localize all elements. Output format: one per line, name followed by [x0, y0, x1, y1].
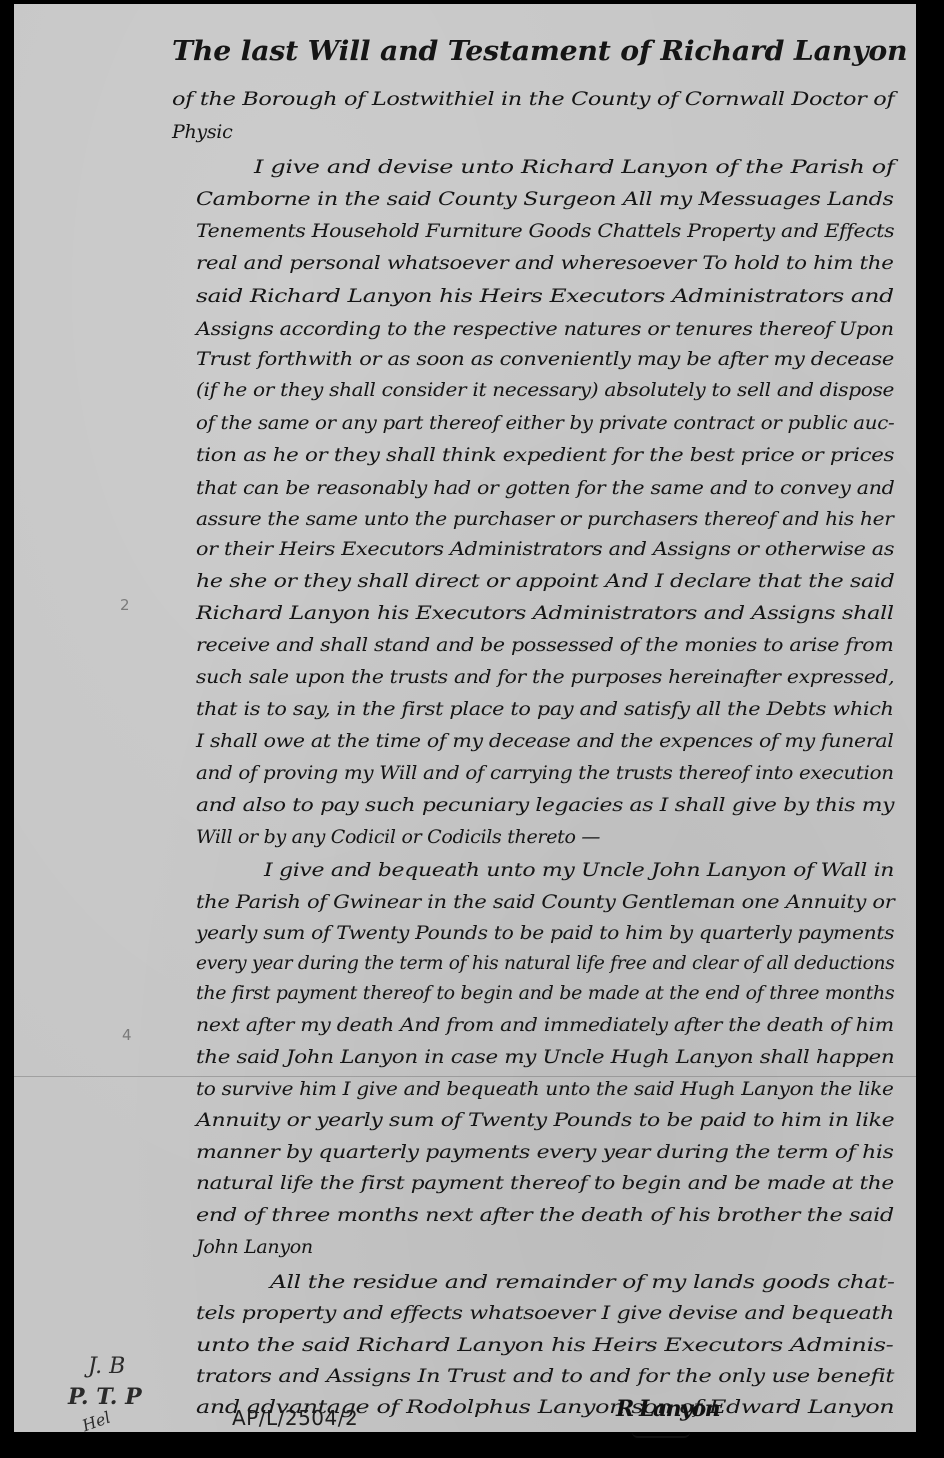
initials-ptp: P. T. P: [68, 1384, 142, 1410]
initials-jb: J. B: [88, 1354, 125, 1379]
text-line-17: Richard Lanyon his Executors Administrat…: [196, 602, 894, 624]
text-line-6: real and personal whatsoever and whereso…: [196, 252, 894, 274]
text-line-30: next after my death And from and immedia…: [196, 1014, 894, 1036]
document-title: The last Will and Testament of Richard L…: [172, 36, 907, 67]
text-line-32: to survive him I give and bequeath unto …: [196, 1078, 894, 1100]
text-line-39: tels property and effects whatsoever I g…: [196, 1302, 894, 1324]
text-line-21: I shall owe at the time of my decease an…: [196, 730, 893, 752]
archive-reference-number: AP/L/2504/2: [232, 1406, 358, 1430]
text-line-11: of the same or any part thereof either b…: [196, 412, 894, 434]
text-line-8: Assigns according to the respective natu…: [196, 318, 894, 340]
text-line-2: Physic: [172, 121, 232, 143]
text-line-24: Will or by any Codicil or Codicils there…: [196, 826, 600, 848]
text-line-3: I give and devise unto Richard Lanyon of…: [254, 156, 894, 178]
text-line-23: and also to pay such pecuniary legacies …: [196, 794, 894, 816]
text-line-29: the first payment thereof to begin and b…: [196, 982, 894, 1004]
text-line-41: trators and Assigns In Trust and to and …: [196, 1365, 894, 1387]
signature-flourish: [632, 1432, 690, 1438]
text-line-15: or their Heirs Executors Administrators …: [196, 538, 894, 560]
text-line-35: natural life the first payment thereof t…: [196, 1172, 894, 1194]
text-line-14: assure the same unto the purchaser or pu…: [196, 508, 894, 530]
text-line-18: receive and shall stand and be possessed…: [196, 634, 893, 656]
text-line-31: the said John Lanyon in case my Uncle Hu…: [196, 1046, 894, 1068]
page-fold-line: [14, 1076, 916, 1077]
text-line-28: every year during the term of his natura…: [196, 952, 894, 974]
text-line-12: tion as he or they shall think expedient…: [196, 444, 894, 466]
text-line-37: John Lanyon: [196, 1236, 313, 1258]
text-line-1: of the Borough of Lostwithiel in the Cou…: [172, 88, 894, 110]
text-line-9: Trust forthwith or as soon as convenient…: [196, 348, 894, 370]
text-line-38: All the residue and remainder of my land…: [270, 1271, 895, 1293]
text-line-22: and of proving my Will and of carrying t…: [196, 762, 894, 784]
text-line-10: (if he or they shall consider it necessa…: [196, 379, 894, 401]
margin-number-2: 2: [120, 596, 130, 614]
text-line-33: Annuity or yearly sum of Twenty Pounds t…: [196, 1109, 894, 1131]
text-line-36: end of three months next after the death…: [196, 1204, 894, 1226]
manuscript-page: The last Will and Testament of Richard L…: [14, 4, 916, 1432]
text-line-16: he she or they shall direct or appoint A…: [196, 570, 894, 592]
text-line-40: unto the said Richard Lanyon his Heirs E…: [196, 1334, 893, 1356]
text-line-4: Camborne in the said County Surgeon All …: [196, 188, 894, 210]
text-line-27: yearly sum of Twenty Pounds to be paid t…: [196, 922, 894, 944]
text-line-34: manner by quarterly payments every year …: [196, 1141, 893, 1163]
margin-number-4: 4: [122, 1026, 132, 1044]
text-line-26: the Parish of Gwinear in the said County…: [196, 891, 894, 913]
signature: R Lanyon: [616, 1396, 719, 1422]
text-line-20: that is to say, in the first place to pa…: [196, 698, 894, 720]
text-line-25: I give and bequeath unto my Uncle John L…: [264, 859, 894, 881]
text-line-13: that can be reasonably had or gotten for…: [196, 477, 894, 499]
text-line-19: such sale upon the trusts and for the pu…: [196, 666, 894, 688]
text-line-7: said Richard Lanyon his Heirs Executors …: [196, 285, 894, 307]
initials-hel: Hel: [80, 1408, 113, 1436]
text-line-5: Tenements Household Furniture Goods Chat…: [196, 220, 894, 242]
